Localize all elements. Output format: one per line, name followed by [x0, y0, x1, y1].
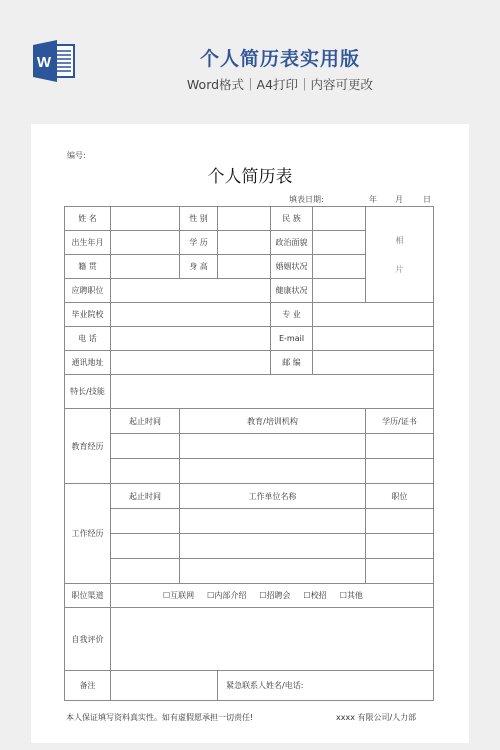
banner-subtitle: Word格式｜A4打印｜内容可更改: [0, 75, 500, 93]
input-email[interactable]: [312, 326, 434, 351]
fill-date-month: 月: [395, 194, 421, 205]
edu-col-degree: 学历/证书: [365, 408, 434, 434]
photo-label-1: 相: [396, 235, 404, 246]
input-address[interactable]: [110, 350, 271, 375]
channel-options: ☐互联网 ☐内部介绍 ☐招聘会 ☐校招 ☐其他: [110, 583, 434, 608]
input-birth[interactable]: [110, 230, 180, 255]
input-phone[interactable]: [110, 326, 271, 351]
work-row-2-period[interactable]: [110, 533, 180, 559]
label-gender: 性 别: [179, 206, 218, 231]
label-height: 身 高: [179, 254, 218, 279]
fill-date: 填表日期: 年 月 日: [289, 194, 431, 205]
label-education: 学 历: [179, 230, 218, 255]
fill-date-day: 日: [421, 194, 431, 205]
label-self-eval: 自我评价: [64, 607, 111, 671]
work-row-1-title[interactable]: [365, 508, 434, 534]
input-zip[interactable]: [312, 350, 434, 375]
company-text: xxxx 有限公司/人力部: [336, 712, 416, 723]
document-title: 个人简历表: [31, 162, 469, 187]
edu-row-2-period[interactable]: [110, 458, 180, 484]
resume-page: 编号: 个人简历表 填表日期: 年 月 日 姓 名 性 别 民 族 相 片 出生…: [31, 124, 469, 743]
input-education[interactable]: [217, 230, 271, 255]
label-ethnicity: 民 族: [270, 206, 313, 231]
input-health[interactable]: [312, 278, 366, 303]
edu-col-institution: 教育/培训机构: [179, 408, 366, 434]
input-name[interactable]: [110, 206, 180, 231]
input-skills[interactable]: [110, 374, 434, 409]
label-phone: 电 话: [64, 326, 111, 351]
work-row-3-title[interactable]: [365, 558, 434, 584]
label-birth: 出生年月: [64, 230, 111, 255]
label-origin: 籍 贯: [64, 254, 111, 279]
fill-date-label: 填表日期:: [289, 194, 369, 205]
label-remarks: 备注: [64, 670, 111, 701]
photo-label-2: 片: [396, 264, 404, 275]
label-health: 健康状况: [270, 278, 313, 303]
label-political: 政治面貌: [270, 230, 313, 255]
label-name: 姓 名: [64, 206, 111, 231]
work-row-2-company[interactable]: [179, 533, 366, 559]
fill-date-year: 年: [369, 194, 395, 205]
channel-option-other[interactable]: ☐其他: [340, 590, 363, 601]
input-school[interactable]: [110, 302, 271, 327]
label-major: 专 业: [270, 302, 313, 327]
label-skills: 特长/技能: [64, 374, 111, 409]
banner-title: 个人简历表实用版: [0, 44, 500, 71]
photo-box[interactable]: 相 片: [365, 206, 434, 303]
input-height[interactable]: [217, 254, 271, 279]
label-zip: 邮 编: [270, 350, 313, 375]
label-email: E-mail: [270, 326, 313, 351]
input-political[interactable]: [312, 230, 366, 255]
emergency-contact-field[interactable]: 紧急联系人姓名/电话:: [217, 670, 434, 701]
input-gender[interactable]: [217, 206, 271, 231]
input-marital[interactable]: [312, 254, 366, 279]
work-row-3-period[interactable]: [110, 558, 180, 584]
work-col-company: 工作单位名称: [179, 483, 366, 509]
edu-row-1-degree[interactable]: [365, 433, 434, 459]
channel-option-campus[interactable]: ☐校招: [304, 590, 327, 601]
input-ethnicity[interactable]: [312, 206, 366, 231]
work-row-1-company[interactable]: [179, 508, 366, 534]
edu-row-2-institution[interactable]: [179, 458, 366, 484]
label-position: 应聘职位: [64, 278, 111, 303]
declaration-text: 本人保证填写资料真实性。如有虚假愿承担一切责任!: [66, 712, 253, 723]
label-education-history: 教育经历: [64, 408, 111, 484]
channel-option-job-fair[interactable]: ☐招聘会: [259, 590, 290, 601]
edu-col-period: 起止时间: [110, 408, 180, 434]
input-remarks[interactable]: [110, 670, 218, 701]
work-row-1-period[interactable]: [110, 508, 180, 534]
edu-row-2-degree[interactable]: [365, 458, 434, 484]
input-origin[interactable]: [110, 254, 180, 279]
label-address: 通讯地址: [64, 350, 111, 375]
channel-option-internet[interactable]: ☐互联网: [163, 590, 194, 601]
work-row-3-company[interactable]: [179, 558, 366, 584]
input-self-eval[interactable]: [110, 607, 434, 671]
work-col-period: 起止时间: [110, 483, 180, 509]
label-marital: 婚姻状况: [270, 254, 313, 279]
label-channel: 职位渠道: [64, 583, 111, 608]
label-school: 毕业院校: [64, 302, 111, 327]
input-position[interactable]: [110, 278, 271, 303]
work-col-title: 职位: [365, 483, 434, 509]
serial-label: 编号:: [67, 150, 86, 161]
work-row-2-title[interactable]: [365, 533, 434, 559]
edu-row-1-institution[interactable]: [179, 433, 366, 459]
edu-row-1-period[interactable]: [110, 433, 180, 459]
label-work-history: 工作经历: [64, 483, 111, 584]
channel-option-referral[interactable]: ☐内部介绍: [207, 590, 246, 601]
input-major[interactable]: [312, 302, 434, 327]
